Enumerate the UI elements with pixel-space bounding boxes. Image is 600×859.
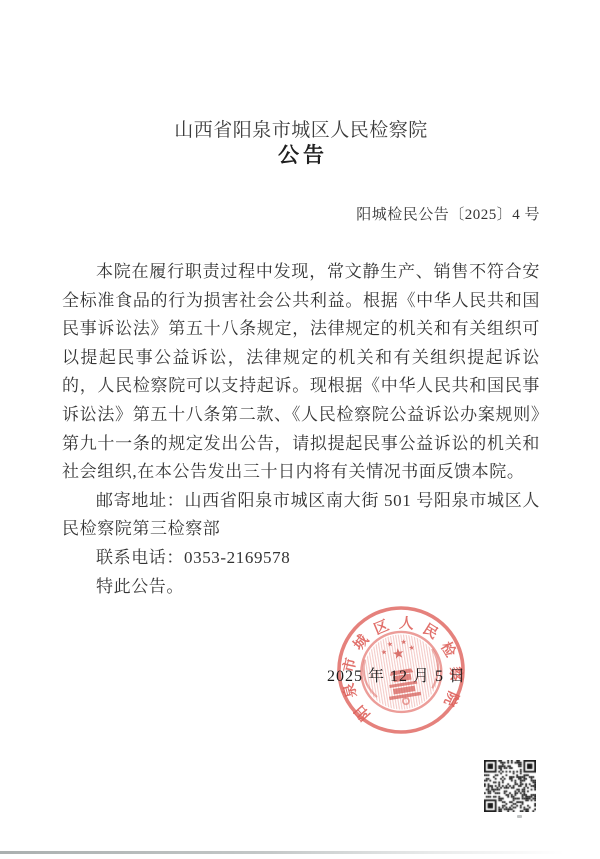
scan-edge-shadow <box>0 851 600 854</box>
emblem-small-star-icon: ★ <box>380 648 387 657</box>
body-paragraph-closing: 特此公告。 <box>62 573 540 602</box>
body-paragraph-main: 本院在履行职责过程中发现，常文静生产、销售不符合安全标准食品的行为损害社会公共利… <box>62 258 540 487</box>
announcement-heading: 公告 <box>62 139 540 169</box>
emblem-big-star-icon: ★ <box>391 646 406 663</box>
svg-text:人: 人 <box>399 615 415 633</box>
issuing-authority-title: 山西省阳泉市城区人民检察院 <box>62 115 540 142</box>
issue-date: 2025 年 12 月 5 日 <box>327 663 466 686</box>
emblem-small-star-icon: ★ <box>408 644 415 653</box>
document-number: 阳城检民公告〔2025〕4 号 <box>356 203 540 224</box>
qr-code <box>484 760 536 812</box>
body-paragraph-address: 邮寄地址：山西省阳泉市城区南大街 501 号阳泉市城区人民检察院第三检察部 <box>62 487 540 544</box>
emblem-small-star-icon: ★ <box>400 638 407 647</box>
document-page: 山西省阳泉市城区人民检察院 公告 阳城检民公告〔2025〕4 号 本院在履行职责… <box>0 0 600 859</box>
emblem-small-star-icon: ★ <box>386 640 393 649</box>
svg-text:阳: 阳 <box>350 701 373 724</box>
body-paragraph-phone: 联系电话：0353-2169578 <box>62 544 540 573</box>
scan-speck <box>517 815 522 818</box>
body-text: 本院在履行职责过程中发现，常文静生产、销售不符合安全标准食品的行为损害社会公共利… <box>62 258 540 601</box>
